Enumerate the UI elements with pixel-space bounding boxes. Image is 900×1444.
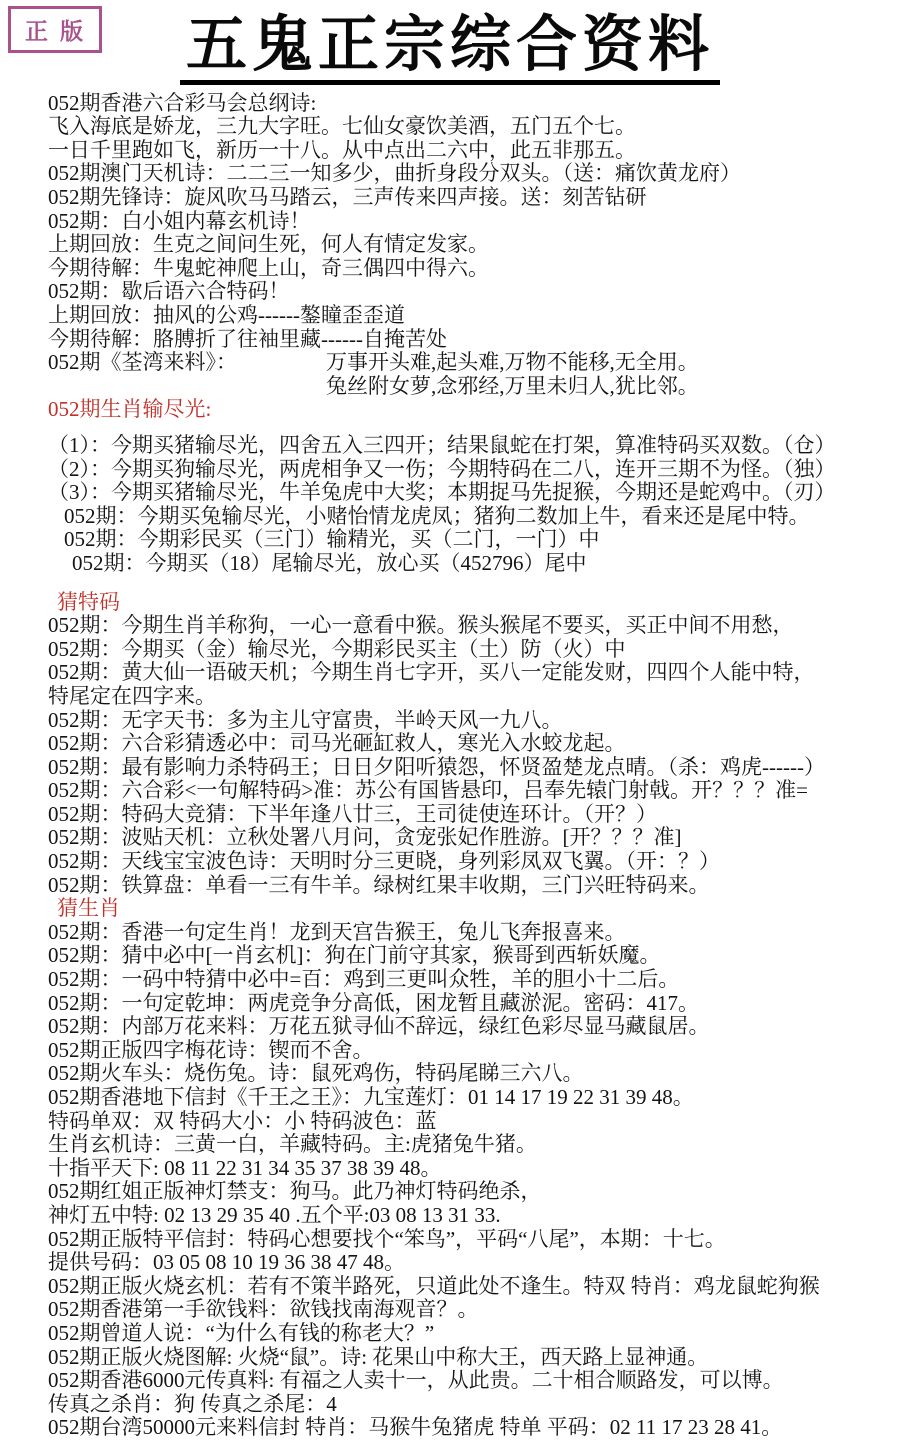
text-line: 052期正版火烧玄机：若有不策半路死，只道此处不逢生。特双 特肖：鸡龙鼠蛇狗猴	[48, 1275, 894, 1299]
section-heading-shengxiao-shujinguang: 052期生肖输尽光:	[48, 398, 894, 422]
text-line: （3）：今期买猪输尽光，牛羊兔虎中大奖；本期捉马先捉猴，今期还是蛇鸡中。（刃）	[48, 481, 894, 505]
text-line: （1）：今期买猪输尽光，四舍五入三四开；结果鼠蛇在打架，算准特码买双数。（仓）	[48, 434, 894, 458]
section-heading-cai-shengxiao: 猜生肖	[48, 897, 894, 921]
text-line: 特码单双：双 特码大小：小 特码波色：蓝	[48, 1110, 894, 1134]
text-line: 052期：歇后语六合特码！	[48, 280, 894, 304]
content: 052期香港六合彩马会总纲诗: 飞入海底是娇龙，三九大字旺。七仙女豪饮美酒，五门…	[0, 85, 900, 1440]
text-line: 万事开头难,起头难,万物不能移,无全用。	[326, 351, 894, 375]
text-line: 052期：波贴天机：立秋处署八月问，贪宠张妃作胜游。[开？？？准]	[48, 826, 894, 850]
header: 五鬼正宗综合资料	[0, 0, 900, 85]
text-line: 今期待解：胳膊折了往袖里藏------自掩苦处	[48, 328, 894, 352]
page: 正版 五鬼正宗综合资料 052期香港六合彩马会总纲诗: 飞入海底是娇龙，三九大字…	[0, 0, 900, 1444]
text-line: 一日千里跑如飞，新历一十八。从中点出二六中，此五非那五。	[48, 139, 894, 163]
text-line: 上期回放：抽风的公鸡------鏊瞳歪歪道	[48, 304, 894, 328]
text-line: 052期：铁算盘：单看一三有牛羊。绿树红果丰收期，三门兴旺特码来。	[48, 874, 894, 898]
text-line: 052期先锋诗：旋风吹马马踏云，三声传来四声接。送：刻苦钻研	[48, 186, 894, 210]
text-line: 052期红姐正版神灯禁支：狗马。此乃神灯特码绝杀，	[48, 1180, 894, 1204]
authentic-badge: 正版	[8, 6, 102, 53]
text-line: 052期：六合彩<一句解特码>准：苏公有国皆悬印，吕奉先辕门射戟。开？？？准=	[48, 779, 894, 803]
text-line: 052期：今期买（18）尾输尽光，放心买（452796）尾中	[48, 552, 894, 576]
text-line: 052期：今期生肖羊称狗，一心一意看中猴。猴头猴尾不要买，买正中间不用愁，	[48, 614, 894, 638]
text-line: 052期：今期彩民买（三门）输精光，买（二门，一门）中	[48, 528, 894, 552]
text-line: 052期香港六合彩马会总纲诗:	[48, 92, 894, 116]
text-line: 提供号码：03 05 08 10 19 36 38 47 48。	[48, 1251, 894, 1275]
text-line: 052期：无字天书：多为主儿守富贵，半岭天风一九八。	[48, 709, 894, 733]
text-line: 052期：猜中必中[一肖玄机]：狗在门前守其家，猴哥到西斩妖魔。	[48, 944, 894, 968]
spacer	[48, 576, 894, 591]
quanwan-label: 052期《荃湾来料》：	[48, 351, 326, 398]
text-line: 052期香港地下信封《千王之王》：九宝莲灯：01 14 17 19 22 31 …	[48, 1086, 894, 1110]
text-line: 飞入海底是娇龙，三九大字旺。七仙女豪饮美酒，五门五个七。	[48, 115, 894, 139]
text-line: 上期回放：生克之间问生死，何人有情定发家。	[48, 233, 894, 257]
text-line: 052期正版四字梅花诗：锲而不舍。	[48, 1039, 894, 1063]
section-heading-cai-tema: 猜特码	[48, 591, 894, 615]
text-line: 052期：香港一句定生肖！龙到天宫告猴王，兔儿飞奔报喜来。	[48, 921, 894, 945]
text-line: 052期：一码中特猜中必中=百：鸡到三更叫众牲，羊的胆小十二后。	[48, 968, 894, 992]
text-line: 052期：今期买兔输尽光，小赌怡情龙虎凤；猪狗二数加上牛，看来还是尾中特。	[48, 505, 894, 529]
text-line: 052期台湾50000元来料信封 特肖：马猴牛兔猪虎 特单 平码：02 11 1…	[48, 1416, 894, 1440]
text-line: 052期香港6000元传真料: 有福之人卖十一，从此贵。二十相合顺路发，可以博。	[48, 1369, 894, 1393]
text-line: 052期：一句定乾坤：两虎竞争分高低，困龙暂且藏淤泥。密码：417。	[48, 992, 894, 1016]
text-line: 052期正版特平信封：特码心想要找个“笨鸟”，平码“八尾”，本期：十七。	[48, 1228, 894, 1252]
text-line: 052期：黄大仙一语破天机；今期生肖七字开，买八一定能发财，四四个人能中特，	[48, 661, 894, 685]
text-line: 052期：内部万花来料：万花五狱寻仙不辞远，绿红色彩尽显马藏鼠居。	[48, 1015, 894, 1039]
text-line: 052期：天线宝宝波色诗：天明时分三更晓，身列彩凤双飞翼。（开：？）	[48, 850, 894, 874]
text-line: 特尾定在四字来。	[48, 685, 894, 709]
text-line: 052期曾道人说：“为什么有钱的称老大？”	[48, 1322, 894, 1346]
text-line: 传真之杀肖：狗 传真之杀尾：4	[48, 1393, 894, 1417]
text-line: （2）：今期买狗输尽光，两虎相争又一伤；今期特码在二八，连开三期不为怪。（独）	[48, 458, 894, 482]
text-line: 052期：最有影响力杀特码王；日日夕阳听猿怨，怀贤盈楚龙点晴。（杀：鸡虎----…	[48, 756, 894, 780]
text-line: 兔丝附女萝,念邪经,万里未归人,犹比邻。	[326, 375, 894, 399]
text-line: 神灯五中特: 02 13 29 35 40 .五个平:03 08 13 31 3…	[48, 1204, 894, 1228]
text-line: 052期香港第一手欲钱料：欲钱找南海观音？。	[48, 1298, 894, 1322]
text-line: 052期火车头：烧伤兔。诗：鼠死鸡伤，特码尾睇三六八。	[48, 1062, 894, 1086]
text-line: 052期：白小姐内幕玄机诗！	[48, 210, 894, 234]
text-line: 生肖玄机诗：三黄一白，羊藏特码。主:虎猪兔牛猪。	[48, 1133, 894, 1157]
text-line: 052期：特码大竞猜：下半年逢八廿三，王司徒使连环计。（开？）	[48, 803, 894, 827]
text-line: 052期澳门天机诗：二二三一知多少，曲折身段分双头。（送：痛饮黄龙府）	[48, 162, 894, 186]
page-title: 五鬼正宗综合资料	[180, 14, 720, 85]
text-line: 052期：今期买（金）输尽光，今期彩民买主（土）防（火）中	[48, 638, 894, 662]
quanwan-block: 052期《荃湾来料》： 万事开头难,起头难,万物不能移,无全用。 兔丝附女萝,念…	[48, 351, 894, 398]
quanwan-right-column: 万事开头难,起头难,万物不能移,无全用。 兔丝附女萝,念邪经,万里未归人,犹比邻…	[326, 351, 894, 398]
text-line: 052期：六合彩猜透必中：司马光砸缸救人，寒光入水蛟龙起。	[48, 732, 894, 756]
text-line: 十指平天下: 08 11 22 31 34 35 37 38 39 48。	[48, 1157, 894, 1181]
text-line: 今期待解：牛鬼蛇神爬上山，奇三偶四中得六。	[48, 257, 894, 281]
text-line: 052期正版火烧图解: 火烧“鼠”。诗: 花果山中称大王，西天路上显神通。	[48, 1346, 894, 1370]
